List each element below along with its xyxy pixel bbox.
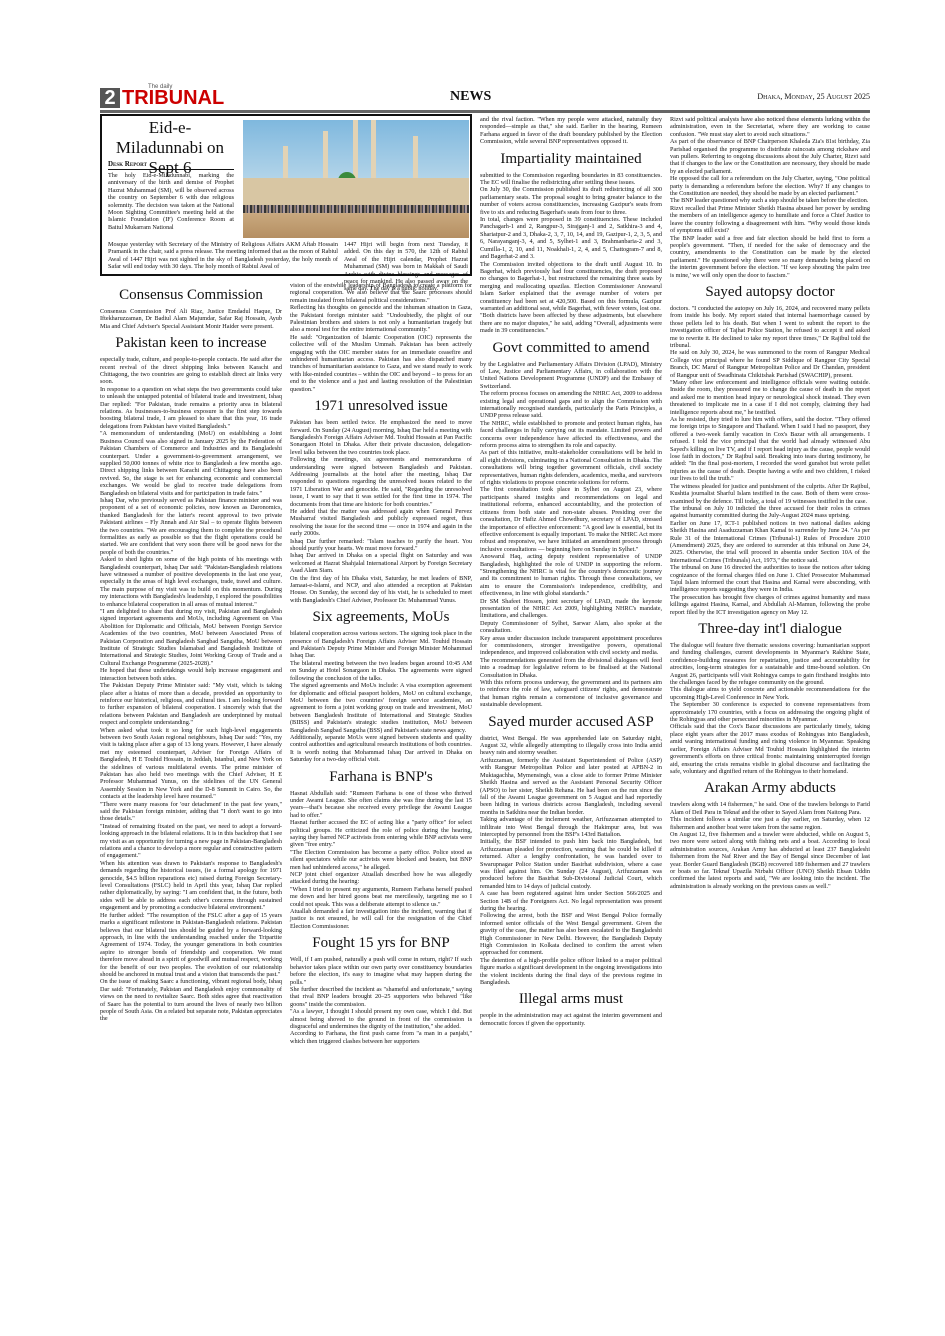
- paragraph: Ishaq Dar arrived in Dhaka on a special …: [290, 552, 472, 574]
- paragraph: bilateral cooperation across various sec…: [290, 630, 472, 660]
- paragraph: Earlier on June 17, ICT-1 published noti…: [670, 520, 870, 564]
- mosque-photo: [243, 120, 469, 238]
- paragraph: The Commission invited objections to the…: [480, 261, 662, 313]
- paragraph: by the Legislative and Parliamentary Aff…: [480, 361, 662, 391]
- paragraph: vision of the erstwhile leadership of Ba…: [290, 282, 472, 304]
- header-rule: [100, 110, 870, 113]
- paragraph: Rizvi recalled that Prime Minister Sheik…: [670, 205, 870, 235]
- headline-fought-15-yrs: Fought 15 yrs for BNP: [290, 934, 472, 952]
- paragraph: It is worth noting that Mohammad Ishaq D…: [290, 749, 472, 764]
- paragraph: Reflecting his thoughts on genocide and …: [290, 304, 472, 334]
- paragraph: "The Election Commission has become a pa…: [290, 849, 472, 871]
- newspaper-page: 2 The daily TRIBUNAL NEWS Dhaka, Monday,…: [100, 86, 870, 1276]
- section-title: NEWS: [450, 89, 491, 105]
- paragraph: When his attention was drawn to Pakistan…: [100, 860, 282, 912]
- paragraph: When asked what took it so long for such…: [100, 727, 282, 801]
- paragraph: On July 30, the Commission published its…: [480, 186, 662, 216]
- paragraph: Asked to shed lights on some of the high…: [100, 556, 282, 608]
- paragraph: Hasnat Abdullah said: "Rumeen Farhana is…: [290, 790, 472, 820]
- paragraph: As part of this initiative, multi-stakeh…: [480, 449, 662, 486]
- paragraph: Arifuzzaman, formerly the Assistant Supe…: [480, 757, 662, 816]
- paragraph: Key areas under discussion include trans…: [480, 635, 662, 657]
- paragraph: people in the administration may act aga…: [480, 1012, 662, 1027]
- paragraph: The tribunal on June 16 directed the aut…: [670, 564, 870, 594]
- paragraph: especially trade, culture, and people-to…: [100, 356, 282, 386]
- paragraph: Following the meetings, six agreements a…: [290, 456, 472, 508]
- paragraph: On the issue of making Saarc a functioni…: [100, 978, 282, 1022]
- paragraph: He opposed the call for a referendum on …: [670, 175, 870, 197]
- paragraph: "I am delighted to share that during my …: [100, 608, 282, 667]
- paragraph: "When I tried to present my arguments, R…: [290, 886, 472, 908]
- paragraph: Pakistan has been settled twice. He emph…: [290, 419, 472, 456]
- column-4: Rizvi said political analysts have also …: [670, 116, 870, 890]
- column-1: Consensus Commission Consensus Commissio…: [100, 282, 282, 1023]
- paragraph: She further described the incident as "s…: [290, 986, 472, 1008]
- paragraph: Officials said that the Cox's Bazar disc…: [670, 723, 870, 775]
- paragraph: The NHRC, while established to promote a…: [480, 420, 662, 450]
- paragraph: Dr SM Shafeet Hossen, joint secretary of…: [480, 598, 662, 620]
- column-3: and the rival faction. "When my people w…: [480, 116, 662, 1027]
- paragraph: NCP joint chief organizer Atuallah descr…: [290, 871, 472, 886]
- paragraph: On the first day of his Dhaka visit, Sat…: [290, 575, 472, 605]
- paragraph: district, West Bengal. He was apprehende…: [480, 735, 662, 757]
- paragraph: As part of the observance of BNP Chairpe…: [670, 138, 870, 175]
- paragraph: Following the arrest, both the BSF and W…: [480, 912, 662, 956]
- paragraph: The recommendations generated from the d…: [480, 657, 662, 679]
- dateline: Dhaka, Monday, 25 August 2025: [757, 92, 870, 101]
- headline-sayed-murder: Sayed murder accused ASP: [480, 713, 662, 731]
- headline-six-agreements: Six agreements, MoUs: [290, 608, 472, 626]
- paragraph: Ishaq Dar, who previously served as Paki…: [100, 497, 282, 556]
- paragraph: The BNP leader said a free and fair elec…: [670, 235, 870, 279]
- paragraph: "Many other law enforcement and intellig…: [670, 379, 870, 416]
- paragraph: The witness pleaded for justice and puni…: [670, 483, 870, 505]
- headline-farhana: Farhana is BNP's: [290, 768, 472, 786]
- paragraph: Taking advantage of the inclement weathe…: [480, 816, 662, 838]
- headline-govt-committed: Govt committed to amend: [480, 339, 662, 357]
- headline-illegal-arms: Illegal arms must: [480, 990, 662, 1008]
- paragraph: "Instead of remaining fixated on the pas…: [100, 823, 282, 860]
- newspaper-logo: TRIBUNAL: [122, 88, 224, 108]
- paragraph: "Both districts have been affected by th…: [480, 312, 662, 334]
- eid-story-box: Eid-e-Miladunnabi on Sept 6 Desk Report …: [100, 114, 472, 276]
- headline-sayed-autopsy: Sayed autopsy doctor: [670, 283, 870, 301]
- paragraph: "There were many reasons for 'our detach…: [100, 801, 282, 823]
- column-2: vision of the erstwhile leadership of Ba…: [290, 282, 472, 1045]
- paragraph: This dialogue aims to yield concrete and…: [670, 686, 870, 701]
- paragraph: Rizvi said political analysts have also …: [670, 116, 870, 138]
- paragraph: He further added: "The resumption of the…: [100, 912, 282, 979]
- paragraph: Atuallah demanded a fair investigation i…: [290, 908, 472, 930]
- paragraph: trawlers along with 14 fishermen," he sa…: [670, 801, 870, 816]
- paragraph: The Pakistan Deputy Prime Minister said:…: [100, 682, 282, 726]
- paragraph: The reform process focuses on amending t…: [480, 390, 662, 420]
- paragraph: The tribunal on July 10 indicted the thr…: [670, 505, 870, 520]
- paragraph: The BNP leader questioned why such a ste…: [670, 197, 870, 204]
- paragraph: The first consultation took place in Syl…: [480, 486, 662, 553]
- headline-1971: 1971 unresolved issue: [290, 397, 472, 415]
- paragraph: Consensus Commission Prof Ali Riaz, Just…: [100, 308, 282, 330]
- page-number: 2: [100, 88, 120, 108]
- paragraph: He added that the matter was addressed a…: [290, 508, 472, 538]
- paragraph: Anowarul Haq, acting deputy resident rep…: [480, 553, 662, 597]
- paragraph: and the rival faction. "When my people w…: [480, 116, 662, 146]
- paragraph: doctors. "I conducted the autopsy on Jul…: [670, 305, 870, 349]
- paragraph: Deputy Commissioner of Sylhet, Sarwar Al…: [480, 620, 662, 635]
- paragraph: He said on July 30, 2024, he was summone…: [670, 349, 870, 379]
- headline-impartiality: Impartiality maintained: [480, 150, 662, 168]
- masthead: 2 The daily TRIBUNAL NEWS Dhaka, Monday,…: [100, 86, 870, 110]
- paragraph: Well, if I am pushed, naturally a push w…: [290, 956, 472, 986]
- paragraph: "As a lawyer, I thought I should present…: [290, 1008, 472, 1030]
- eid-body-2: Mosque yesterday with Secretary of the M…: [108, 241, 338, 271]
- paragraph: Ishaq Dar further remarked: "Islam teach…: [290, 538, 472, 553]
- paragraph: The September 30 conference is expected …: [670, 701, 870, 723]
- paragraph: The signed agreements and MoUs include: …: [290, 682, 472, 734]
- paragraph: According to Farhana, the first push cam…: [290, 1030, 472, 1045]
- byline: Desk Report: [108, 160, 234, 170]
- paragraph: A case has been registered against him u…: [480, 890, 662, 912]
- paragraph: In total, changes were proposed in 39 co…: [480, 216, 662, 260]
- paragraph: On August 12, five fishermen and a trawl…: [670, 831, 870, 890]
- paragraph: Additionally, separate MoUs were signed …: [290, 734, 472, 749]
- paragraph: With this reform process underway, the g…: [480, 679, 662, 709]
- paragraph: The prosecution has brought five charges…: [670, 594, 870, 616]
- headline-pakistan: Pakistan keen to increase: [100, 334, 282, 352]
- eid-body-1: The holy Eid-e-Miladunnabi, marking the …: [108, 172, 234, 231]
- headline-consensus: Consensus Commission: [100, 286, 282, 304]
- paragraph: The dialogue will feature five thematic …: [670, 642, 870, 686]
- paragraph: "A memorandum of understanding (MoU) on …: [100, 430, 282, 497]
- paragraph: The detention of a high-profile police o…: [480, 957, 662, 987]
- paragraph: submitted to the Commission regarding bo…: [480, 172, 662, 187]
- paragraph: As he resisted, they tried to lure him w…: [670, 416, 870, 483]
- paragraph: Hasnat further accused the EC of acting …: [290, 819, 472, 849]
- paragraph: In response to a question on what steps …: [100, 386, 282, 430]
- headline-arakan-army: Arakan Army abducts: [670, 779, 870, 797]
- paragraph: This incident follows a similar one just…: [670, 816, 870, 831]
- paragraph: He said: "Organization of Islamic Cooper…: [290, 334, 472, 393]
- paragraph: The bilateral meeting between the two le…: [290, 660, 472, 682]
- paragraph: He hoped that these undertakings would h…: [100, 667, 282, 682]
- paragraph: Initially, the BSF intended to push him …: [480, 838, 662, 890]
- headline-three-day-dialogue: Three-day int'l dialogue: [670, 620, 870, 638]
